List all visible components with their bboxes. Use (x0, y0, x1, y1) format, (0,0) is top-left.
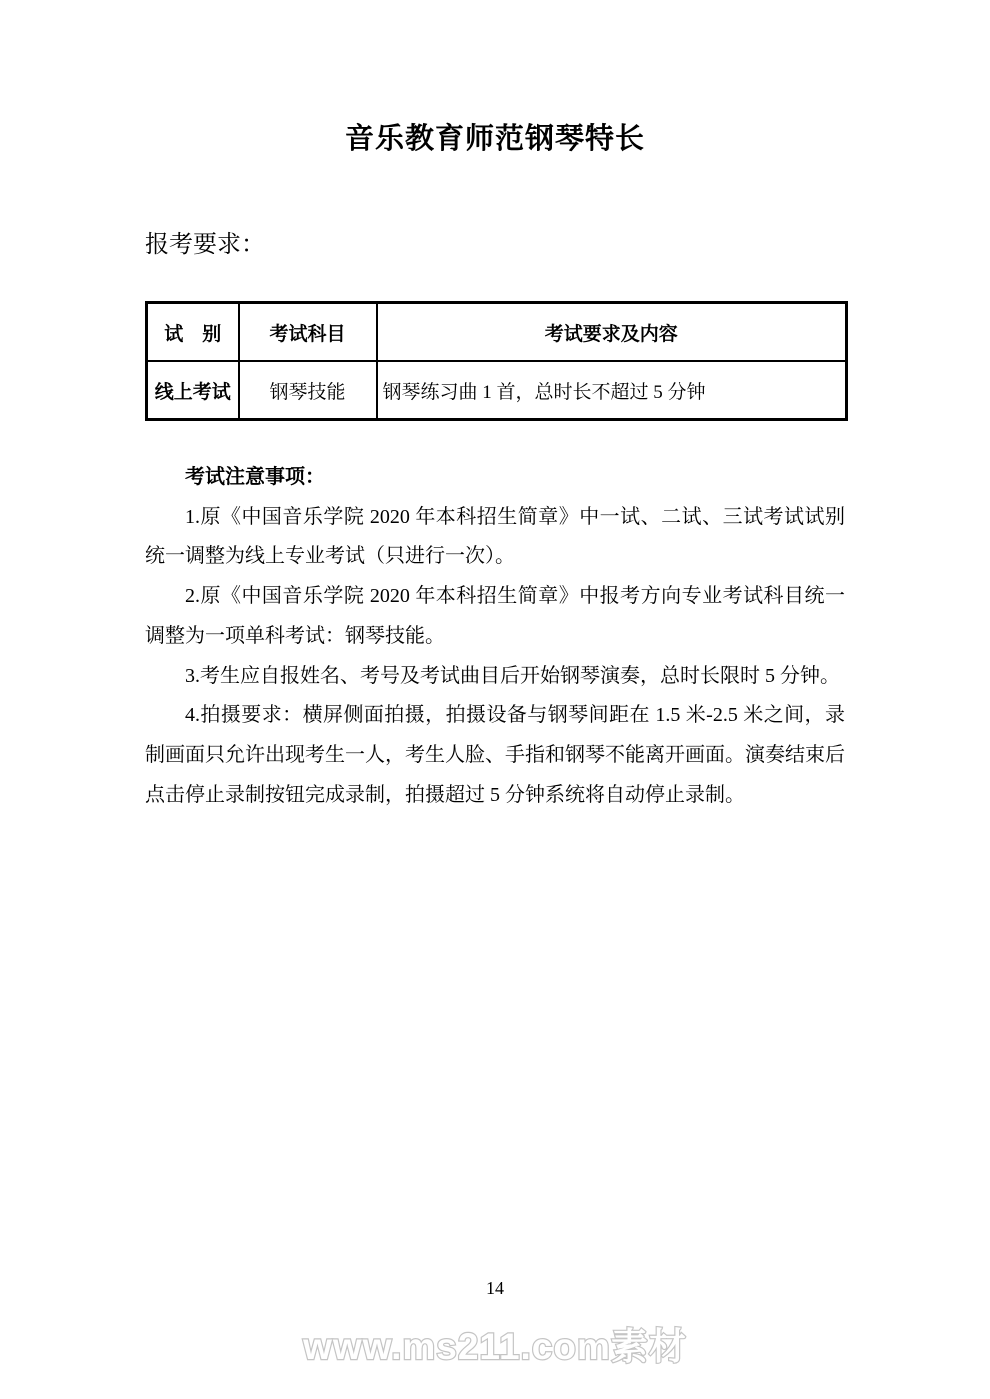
page-title: 音乐教育师范钢琴特长 (0, 116, 990, 157)
cell-requirements: 钢琴练习曲 1 首，总时长不超过 5 分钟 (377, 361, 847, 420)
exam-requirements-table: 试 别 考试科目 考试要求及内容 线上考试 钢琴技能 钢琴练习曲 1 首，总时长… (145, 301, 848, 421)
header-cell-subject: 考试科目 (239, 303, 377, 362)
watermark-text: www.ms211.com素材 (0, 1316, 990, 1370)
note-item-3: 3.考生应自报姓名、考号及考试曲目后开始钢琴演奏，总时长限时 5 分钟。 (145, 657, 845, 697)
table-row: 线上考试 钢琴技能 钢琴练习曲 1 首，总时长不超过 5 分钟 (147, 361, 847, 420)
header-cell-exam-type: 试 别 (147, 303, 239, 362)
cell-exam-type: 线上考试 (147, 361, 239, 420)
note-item-1: 1.原《中国音乐学院 2020 年本科招生简章》中一试、二试、三试考试试别统一调… (145, 498, 845, 577)
section-label: 报考要求： (145, 224, 265, 259)
exam-notes-section: 考试注意事项： 1.原《中国音乐学院 2020 年本科招生简章》中一试、二试、三… (145, 458, 845, 815)
page-number: 14 (0, 1278, 990, 1299)
table-header-row: 试 别 考试科目 考试要求及内容 (147, 303, 847, 362)
notes-heading: 考试注意事项： (145, 458, 845, 498)
header-cell-requirements: 考试要求及内容 (377, 303, 847, 362)
note-item-2: 2.原《中国音乐学院 2020 年本科招生简章》中报考方向专业考试科目统一调整为… (145, 577, 845, 656)
note-item-4: 4.拍摄要求：横屏侧面拍摄，拍摄设备与钢琴间距在 1.5 米-2.5 米之间，录… (145, 696, 845, 815)
document-page: 音乐教育师范钢琴特长 报考要求： 试 别 考试科目 考试要求及内容 线上考试 钢… (0, 0, 990, 1399)
cell-subject: 钢琴技能 (239, 361, 377, 420)
